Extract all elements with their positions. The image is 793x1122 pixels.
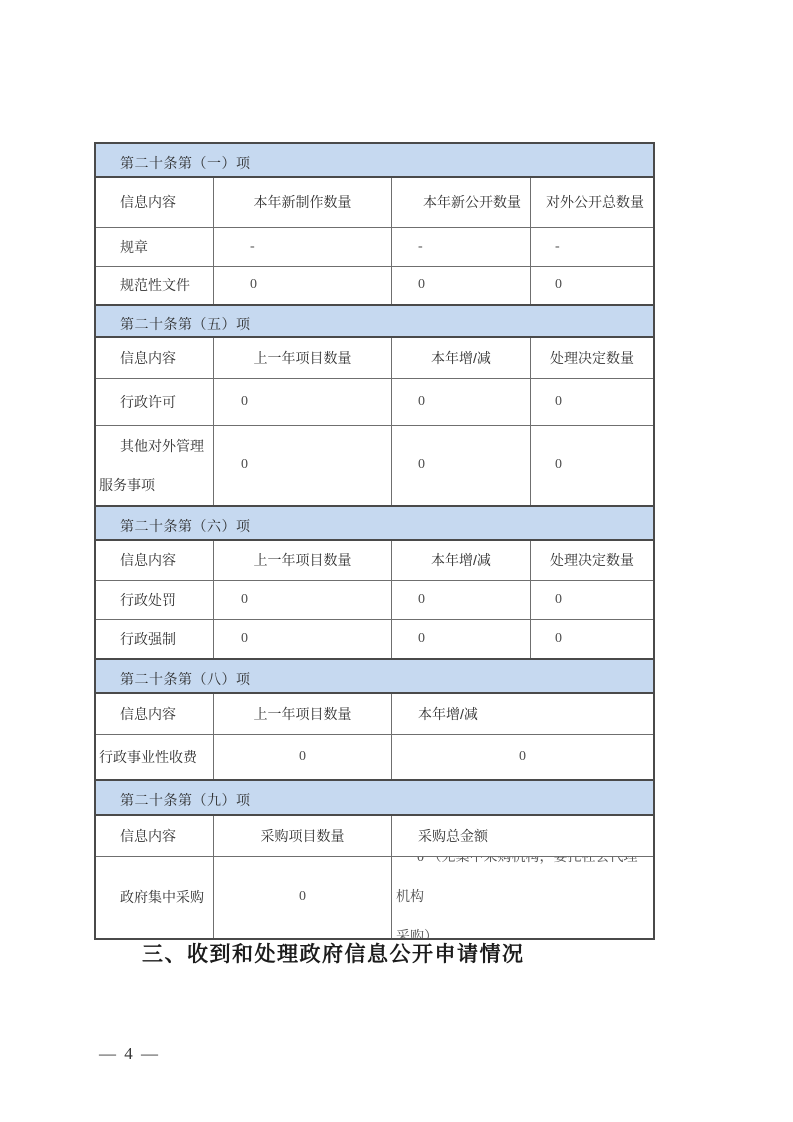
cell-text: 0: [555, 591, 653, 610]
table-title-bar: 第二十条第（八）项: [96, 660, 653, 694]
table-cell: 0: [391, 735, 653, 779]
cell-text: 0: [418, 393, 530, 412]
table-cell: 行政强制: [96, 620, 213, 658]
table-row: 行政处罚000: [96, 580, 653, 619]
table-cell: 其他对外管理 服务事项: [96, 426, 213, 505]
cell-text: 信息内容: [120, 193, 213, 212]
cell-text: 0: [214, 748, 391, 767]
table-cell: 0: [391, 426, 530, 505]
tables-stack: 第二十条第（一）项信息内容本年新制作数量本年新公开数量对外公开总数量规章---规…: [94, 142, 655, 940]
table-cell: 本年增/减: [391, 338, 530, 378]
table-cell: 0: [391, 581, 530, 619]
table-cell: 行政许可: [96, 379, 213, 425]
cell-text: 采购项目数量: [214, 827, 391, 846]
table-cell: 信息内容: [96, 541, 213, 580]
cell-text: 政府集中采购: [120, 888, 213, 907]
table-cell: 0: [530, 267, 653, 304]
cell-text: 对外公开总数量: [531, 193, 644, 212]
document-page: 第二十条第（一）项信息内容本年新制作数量本年新公开数量对外公开总数量规章---规…: [0, 0, 793, 1122]
cell-text: 信息内容: [120, 705, 213, 724]
cell-text: 0: [250, 276, 391, 295]
cell-text: 0 （无集中采购机构，委托社会代理机构 采购）: [396, 857, 643, 938]
table-cell: 采购项目数量: [213, 816, 391, 856]
table-title-bar: 第二十条第（一）项: [96, 144, 653, 178]
page-number: — 4 —: [99, 1044, 160, 1064]
cell-text: 本年新公开数量: [392, 193, 521, 212]
table-cell: 本年新制作数量: [213, 178, 391, 227]
table-title-bar: 第二十条第（九）项: [96, 781, 653, 816]
cell-text: 0: [241, 456, 391, 475]
table-row: 行政事业性收费00: [96, 734, 653, 779]
table-cell: 0: [213, 379, 391, 425]
table-cell: 上一年项目数量: [213, 694, 391, 734]
table-title: 第二十条第（八）项: [120, 669, 251, 689]
report-table: 第二十条第（八）项信息内容上一年项目数量本年增/减行政事业性收费00: [94, 658, 655, 781]
cell-text: 行政处罚: [120, 591, 213, 610]
cell-text: 信息内容: [120, 827, 213, 846]
table-title: 第二十条第（六）项: [120, 516, 251, 536]
cell-text: 0: [418, 456, 530, 475]
table-cell: 0: [213, 426, 391, 505]
table-cell: 信息内容: [96, 816, 213, 856]
cell-text: -: [555, 238, 653, 257]
table-cell: 0: [213, 267, 391, 304]
report-table: 第二十条第（六）项信息内容上一年项目数量本年增/减处理决定数量行政处罚000行政…: [94, 505, 655, 660]
cell-text: 行政许可: [120, 393, 213, 412]
table-title-bar: 第二十条第（六）项: [96, 507, 653, 541]
table-cell: 信息内容: [96, 178, 213, 227]
cell-text: 本年增/减: [392, 551, 530, 570]
report-table: 第二十条第（九）项信息内容采购项目数量采购总金额政府集中采购00 （无集中采购机…: [94, 779, 655, 940]
table-row: 信息内容本年新制作数量本年新公开数量对外公开总数量: [96, 178, 653, 227]
cell-text: 其他对外管理 服务事项: [99, 427, 213, 505]
table-row: 规章---: [96, 227, 653, 266]
table-title: 第二十条第（一）项: [120, 153, 251, 173]
table-cell: 0: [530, 581, 653, 619]
table-cell: 对外公开总数量: [530, 178, 653, 227]
table-cell: 0: [391, 267, 530, 304]
table-cell: 本年增/减: [391, 694, 653, 734]
table-cell: 0: [213, 857, 391, 938]
cell-text: 信息内容: [120, 349, 213, 368]
table-cell: 0: [213, 620, 391, 658]
cell-text: 0: [241, 630, 391, 649]
table-cell: 规章: [96, 228, 213, 266]
cell-text: 信息内容: [120, 551, 213, 570]
table-cell: 0 （无集中采购机构，委托社会代理机构 采购）: [391, 857, 653, 938]
table-cell: 0: [391, 620, 530, 658]
cell-text: 0: [418, 591, 530, 610]
cell-text: 行政事业性收费: [99, 748, 213, 767]
table-cell: 上一年项目数量: [213, 541, 391, 580]
cell-text: 行政强制: [120, 630, 213, 649]
section-heading: 三、收到和处理政府信息公开申请情况: [142, 938, 525, 968]
table-cell: 0: [391, 379, 530, 425]
cell-text: 处理决定数量: [531, 551, 653, 570]
cell-text: -: [418, 238, 530, 257]
table-cell: -: [391, 228, 530, 266]
table-row: 信息内容上一年项目数量本年增/减处理决定数量: [96, 541, 653, 580]
cell-text: 上一年项目数量: [214, 551, 391, 570]
table-row: 其他对外管理 服务事项000: [96, 425, 653, 505]
cell-text: 0: [418, 630, 530, 649]
table-cell: 上一年项目数量: [213, 338, 391, 378]
cell-text: 0: [392, 748, 653, 767]
cell-text: 0: [241, 393, 391, 412]
table-cell: 本年新公开数量: [391, 178, 530, 227]
table-row: 信息内容采购项目数量采购总金额: [96, 816, 653, 856]
cell-text: 规章: [120, 238, 213, 257]
cell-text: 规范性文件: [120, 276, 213, 295]
cell-text: 0: [555, 276, 653, 295]
table-row: 规范性文件000: [96, 266, 653, 304]
table-row: 行政强制000: [96, 619, 653, 658]
cell-text: 处理决定数量: [531, 349, 653, 368]
table-cell: 处理决定数量: [530, 338, 653, 378]
table-cell: 规范性文件: [96, 267, 213, 304]
table-title-bar: 第二十条第（五）项: [96, 306, 653, 338]
table-cell: 0: [530, 426, 653, 505]
cell-text: 0: [214, 888, 391, 907]
cell-text: 0: [418, 276, 530, 295]
table-cell: 0: [213, 735, 391, 779]
cell-text: 采购总金额: [418, 827, 653, 846]
table-cell: 信息内容: [96, 694, 213, 734]
cell-text: -: [250, 238, 391, 257]
table-title: 第二十条第（五）项: [120, 314, 251, 334]
report-table: 第二十条第（五）项信息内容上一年项目数量本年增/减处理决定数量行政许可000其他…: [94, 304, 655, 507]
table-title: 第二十条第（九）项: [120, 790, 251, 810]
table-row: 信息内容上一年项目数量本年增/减处理决定数量: [96, 338, 653, 378]
cell-text: 0: [555, 393, 653, 412]
cell-text: 上一年项目数量: [214, 705, 391, 724]
table-row: 信息内容上一年项目数量本年增/减: [96, 694, 653, 734]
cell-text: 0: [555, 630, 653, 649]
table-cell: 0: [213, 581, 391, 619]
cell-text: 上一年项目数量: [214, 349, 391, 368]
table-cell: 本年增/减: [391, 541, 530, 580]
table-cell: 0: [530, 620, 653, 658]
table-cell: 政府集中采购: [96, 857, 213, 938]
cell-text: 本年增/减: [418, 705, 653, 724]
table-cell: -: [530, 228, 653, 266]
report-table: 第二十条第（一）项信息内容本年新制作数量本年新公开数量对外公开总数量规章---规…: [94, 142, 655, 306]
table-cell: 采购总金额: [391, 816, 653, 856]
table-cell: -: [213, 228, 391, 266]
cell-text: 本年增/减: [392, 349, 530, 368]
table-cell: 信息内容: [96, 338, 213, 378]
table-cell: 行政事业性收费: [96, 735, 213, 779]
table-row: 政府集中采购00 （无集中采购机构，委托社会代理机构 采购）: [96, 856, 653, 938]
cell-text: 本年新制作数量: [214, 193, 391, 212]
table-row: 行政许可000: [96, 378, 653, 425]
table-cell: 处理决定数量: [530, 541, 653, 580]
table-cell: 行政处罚: [96, 581, 213, 619]
table-cell: 0: [530, 379, 653, 425]
cell-text: 0: [241, 591, 391, 610]
cell-text: 0: [555, 456, 653, 475]
